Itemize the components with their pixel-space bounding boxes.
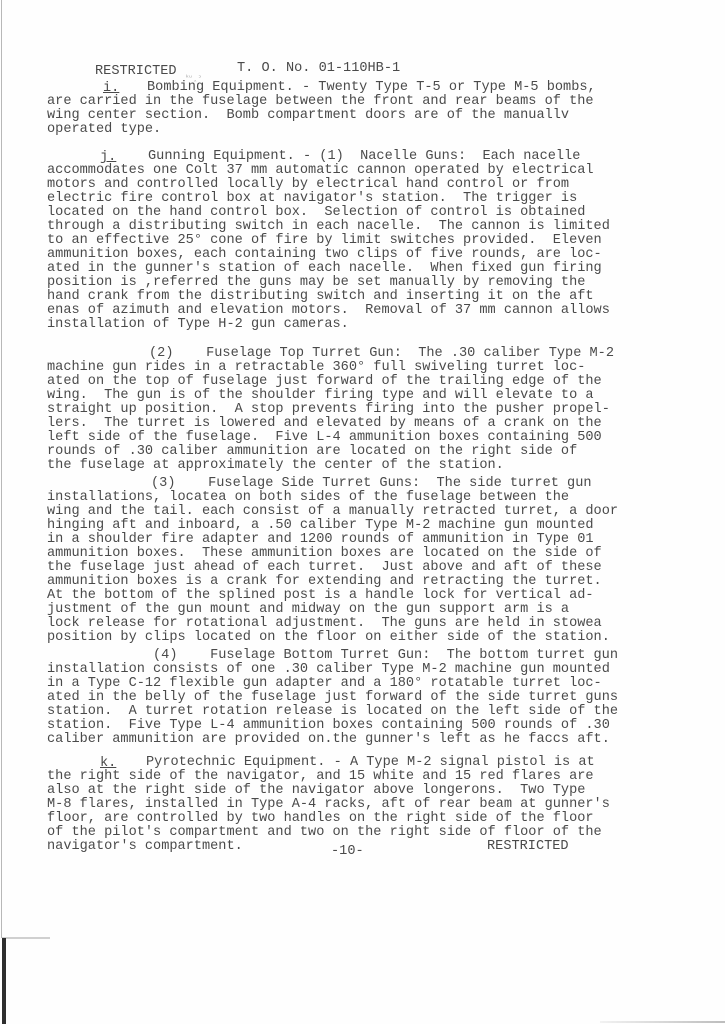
section-j-line-2: motors and controlled locally by electri… xyxy=(47,178,569,192)
section-j3-line-8: At the bottom of the splined post is a h… xyxy=(47,589,594,603)
section-j-line-1: accommodates one Colt 37 mm automatic ca… xyxy=(47,164,594,178)
footer-classification: RESTRICTED xyxy=(487,840,569,854)
section-i-line-2: wing center section. Bomb compartment do… xyxy=(47,109,569,123)
section-j-line-7: ammunition boxes, each containing two cl… xyxy=(47,248,602,262)
document-page: RESTRICTED ᵏᵘ ‸ ᵓ T. O. No. 01-110HB-1 i… xyxy=(0,0,725,1024)
section-j2-line-8: the fuselage at approximately the center… xyxy=(47,459,504,473)
section-j2-line-5: lers. The turret is lowered and elevated… xyxy=(47,417,602,431)
section-j3-line-6: the fuselage just ahead of each turret. … xyxy=(47,561,602,575)
section-j3-line-10: lock release for rotational adjustment. … xyxy=(47,617,602,631)
section-j-line-10: hand crank from the distributing switch … xyxy=(47,290,594,304)
section-j2-line-4: straight up position. A stop prevents fi… xyxy=(47,403,610,417)
scan-edge-dark-strip xyxy=(2,938,6,1024)
section-j4-line-6: caliber ammunition are provided on.the g… xyxy=(47,733,610,747)
section-j4-line-2: in a Type C-12 flexible gun adapter and … xyxy=(47,677,602,691)
section-k-line-4: floor, are controlled by two handles on … xyxy=(47,812,594,826)
section-j-line-0: Gunning Equipment. - (1) Nacelle Guns: E… xyxy=(148,150,580,164)
section-j-line-9: position is ,referred the guns may be se… xyxy=(47,276,585,290)
scan-edge-left xyxy=(1,0,2,938)
section-k-line-1: the right side of the navigator, and 15 … xyxy=(47,770,594,784)
section-k-line-6: navigator's compartment. xyxy=(47,840,243,854)
section-j2-line-2: ated on the top of fuselage just forward… xyxy=(47,375,602,389)
footer-page-number: -10- xyxy=(331,845,364,859)
section-j2-line-6: left side of the fuselage. Five L-4 ammu… xyxy=(47,431,602,445)
section-i-line-1: are carried in the fuselage between the … xyxy=(47,95,594,109)
section-j3-line-0: (3) Fuselage Side Turret Guns: The side … xyxy=(151,477,592,491)
scan-edge-fold xyxy=(2,937,50,939)
section-j-line-12: installation of Type H-2 gun cameras. xyxy=(47,318,349,332)
section-j2-line-0: (2) Fuselage Top Turret Gun: The .30 cal… xyxy=(149,347,614,361)
section-j-line-8: ated in the gunner's station of each nac… xyxy=(47,262,602,276)
section-j4-line-3: ated in the belly of the fuselage just f… xyxy=(47,691,618,705)
section-j-line-5: through a distributing switch in each na… xyxy=(47,220,610,234)
section-i-line-0: Bombing Equipment. - Twenty Type T-5 or … xyxy=(147,81,596,95)
section-j2-line-7: rounds of .30 caliber ammunition are loc… xyxy=(47,445,577,459)
section-j3-line-9: justment of the gun mount and midway on … xyxy=(47,603,569,617)
header-classification: RESTRICTED xyxy=(95,65,177,79)
scan-edge-bottom xyxy=(600,1021,725,1023)
section-j3-line-3: hinging aft and inboard, a .50 caliber T… xyxy=(47,519,594,533)
section-j3-line-7: ammunition boxes is a crank for extendin… xyxy=(47,575,602,589)
section-k-line-0: Pyrotechnic Equipment. - A Type M-2 sign… xyxy=(146,756,595,770)
section-j3-line-1: installations, locatea on both sides of … xyxy=(47,491,569,505)
section-j3-line-2: wing and the tail. each consist of a man… xyxy=(47,505,618,519)
section-j2-line-1: machine gun rides in a retractable 360° … xyxy=(47,361,585,375)
section-j3-line-4: in a shoulder fire adapter and 1200 roun… xyxy=(47,533,594,547)
section-j4-line-4: station. A turret rotation release is lo… xyxy=(47,705,618,719)
section-k-line-3: M-8 flares, installed in Type A-4 racks,… xyxy=(47,798,610,812)
section-j-line-3: electric fire control box at navigator's… xyxy=(47,192,577,206)
section-i-line-3: operated type. xyxy=(47,123,161,137)
section-k-line-5: of the pilot's compartment and two on th… xyxy=(47,826,602,840)
section-j2-line-3: wing. The gun is of the shoulder firing … xyxy=(47,389,594,403)
section-j3-line-11: position by clips located on the floor o… xyxy=(47,631,610,645)
section-j-line-4: located on the hand control box. Selecti… xyxy=(47,206,585,220)
section-j-line-6: to an effective 25° cone of fire by limi… xyxy=(47,234,602,248)
header-to-number: T. O. No. 01-110HB-1 xyxy=(237,62,400,76)
section-j-line-11: enas of azimuth and elevation motors. Re… xyxy=(47,304,610,318)
section-j4-line-5: station. Five Type L-4 ammunition boxes … xyxy=(47,719,610,733)
section-j4-line-0: (4) Fuselage Bottom Turret Gun: The bott… xyxy=(153,649,618,663)
section-j4-line-1: installation consists of one .30 caliber… xyxy=(47,663,610,677)
section-k-line-2: also at the right side of the navigator … xyxy=(47,784,585,798)
section-j3-line-5: ammunition boxes. These ammunition boxes… xyxy=(47,547,602,561)
